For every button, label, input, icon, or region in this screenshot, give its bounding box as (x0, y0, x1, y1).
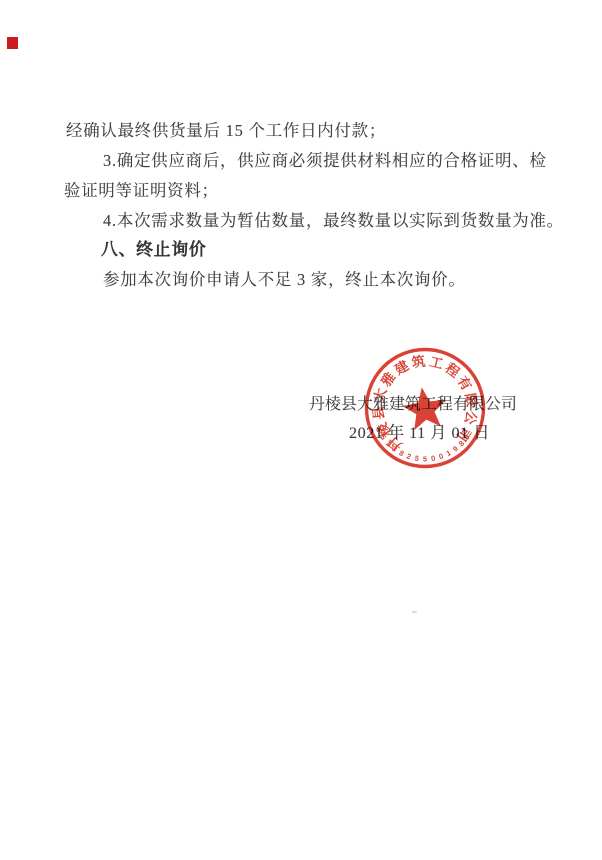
svg-text:5: 5 (414, 454, 420, 464)
document-line: 经确认最终供货量后 15 个工作日内付款； (66, 117, 386, 141)
document-line: 3.确定供应商后，供应商必须提供材料相应的合格证明、检 (103, 147, 547, 171)
svg-text:大: 大 (370, 386, 389, 404)
svg-text:9: 9 (451, 444, 460, 454)
document-line: 参加本次询价申请人不足 3 家，终止本次询价。 (103, 266, 466, 290)
svg-text:限: 限 (462, 392, 479, 408)
svg-text:县: 县 (371, 405, 387, 420)
svg-text:公: 公 (462, 410, 480, 427)
paper-speck (412, 611, 417, 613)
star-icon (400, 384, 449, 431)
svg-text:1: 1 (445, 448, 453, 458)
document-line: 4.本次需求数量为暂估数量，最终数量以实际到货数量为准。 (103, 207, 564, 231)
section-heading: 八、终止询价 (101, 236, 207, 260)
company-seal-stamp: 丹棱县大雅建筑工程有限公司 5138255001980 (361, 344, 489, 472)
svg-text:2: 2 (406, 451, 413, 461)
document-page: 经确认最终供货量后 15 个工作日内付款； 3.确定供应商后，供应商必须提供材料… (0, 0, 602, 860)
svg-text:筑: 筑 (411, 353, 427, 371)
red-scan-artifact (7, 37, 18, 49)
svg-text:0: 0 (430, 454, 436, 464)
svg-text:5: 5 (423, 455, 427, 464)
document-line: 验证明等证明资料； (64, 177, 219, 201)
svg-text:工: 工 (428, 354, 445, 372)
svg-text:0: 0 (438, 451, 445, 461)
